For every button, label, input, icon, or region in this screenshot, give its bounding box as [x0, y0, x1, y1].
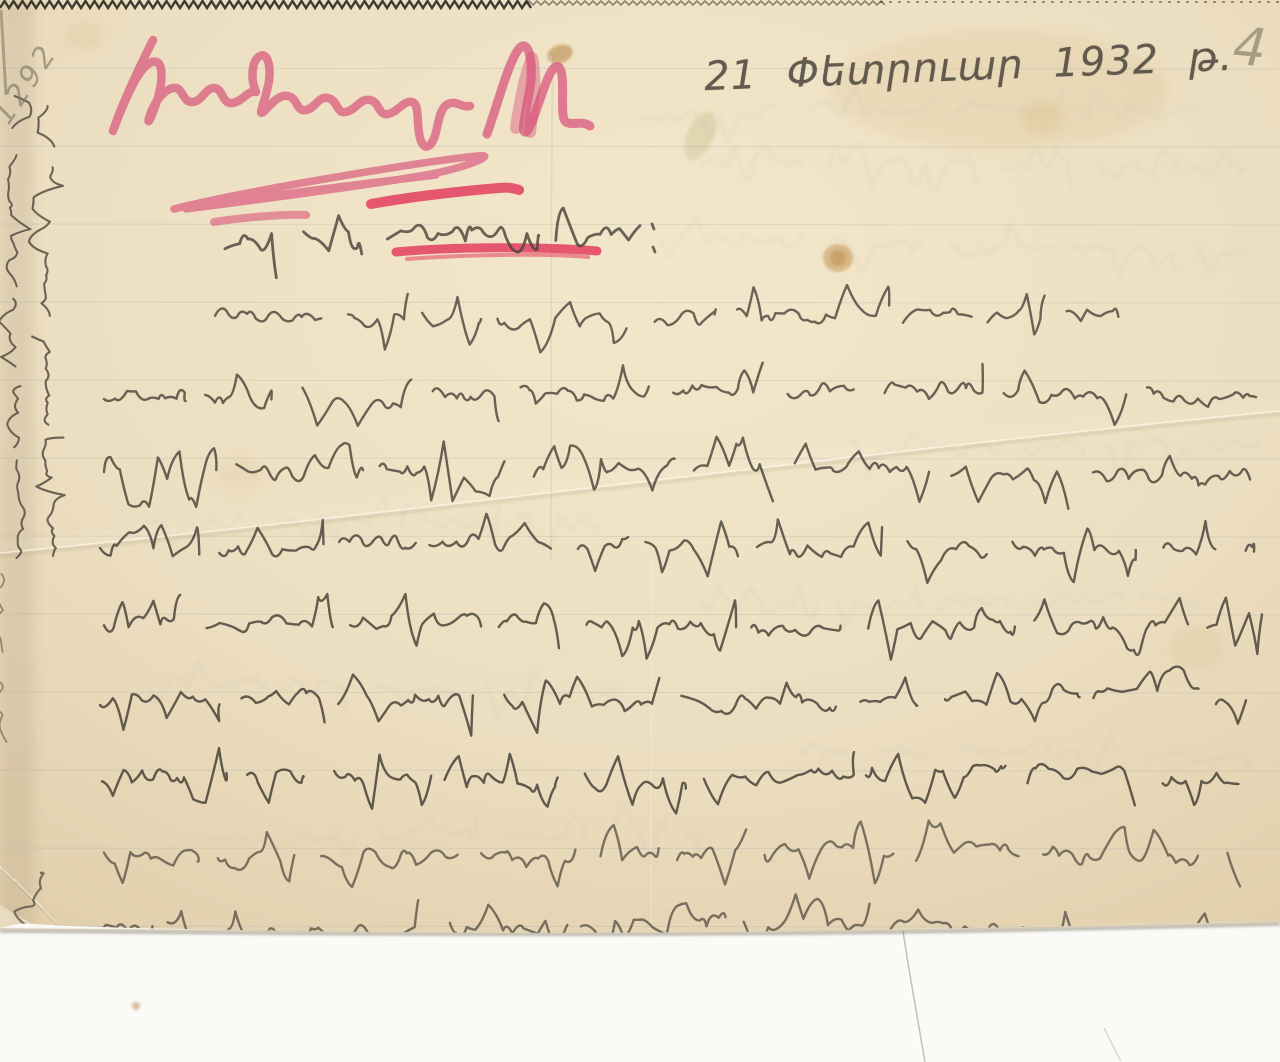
stain-faint-4 [64, 22, 104, 50]
letter-paper-group [0, 0, 1280, 965]
page-number: 4 [1230, 17, 1268, 80]
backing-spot [132, 1002, 140, 1010]
scan-art [0, 0, 1280, 1062]
red-underline [396, 248, 597, 252]
stain-faint-3 [216, 456, 264, 492]
scanned-letter: 21 Փետրուար 1932 թ. 1292 4 [0, 0, 1280, 1062]
stain-faint-1 [1020, 100, 1064, 136]
stain-faint-2 [1168, 626, 1224, 670]
stain-round-core [830, 250, 846, 266]
